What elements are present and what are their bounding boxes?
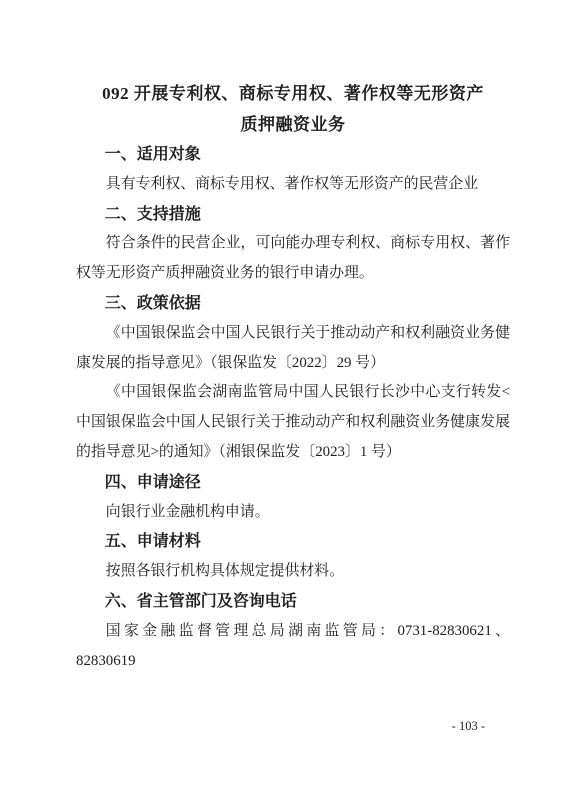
- paragraph-application-channel: 向银行业金融机构申请。: [76, 498, 510, 528]
- document-title: 092 开展专利权、商标专用权、著作权等无形资产 质押融资业务: [76, 78, 510, 140]
- document-page: 092 开展专利权、商标专用权、著作权等无形资产 质押融资业务 一、适用对象 具…: [0, 0, 561, 793]
- document-title-line-1: 092 开展专利权、商标专用权、著作权等无形资产: [76, 78, 510, 109]
- paragraph-support-measures: 符合条件的民营企业，可向能办理专利权、商标专用权、著作权等无形资产质押融资业务的…: [76, 229, 510, 289]
- paragraph-policy-basis-2: 《中国银保监会湖南监管局中国人民银行长沙中心支行转发<中国银保监会中国人民银行关…: [76, 378, 510, 467]
- section-heading-application-materials: 五、申请材料: [76, 527, 510, 557]
- section-heading-department-contact: 六、省主管部门及咨询电话: [76, 587, 510, 617]
- section-heading-support-measures: 二、支持措施: [76, 200, 510, 230]
- paragraph-application-materials: 按照各银行机构具体规定提供材料。: [76, 557, 510, 587]
- section-heading-policy-basis: 三、政策依据: [76, 289, 510, 319]
- paragraph-department-contact: 国家金融监督管理总局湖南监管局：0731-82830621、82830619: [76, 617, 510, 677]
- section-heading-application-channel: 四、申请途径: [76, 468, 510, 498]
- page-footer: - 103 -: [452, 719, 485, 734]
- paragraph-applicable-targets: 具有专利权、商标专用权、著作权等无形资产的民营企业: [76, 170, 510, 200]
- document-content: 092 开展专利权、商标专用权、著作权等无形资产 质押融资业务 一、适用对象 具…: [76, 78, 510, 676]
- document-title-line-2: 质押融资业务: [76, 109, 510, 140]
- section-heading-applicable-targets: 一、适用对象: [76, 140, 510, 170]
- page-number: - 103 -: [452, 719, 485, 733]
- paragraph-policy-basis-1: 《中国银保监会中国人民银行关于推动动产和权利融资业务健康发展的指导意见》（银保监…: [76, 319, 510, 379]
